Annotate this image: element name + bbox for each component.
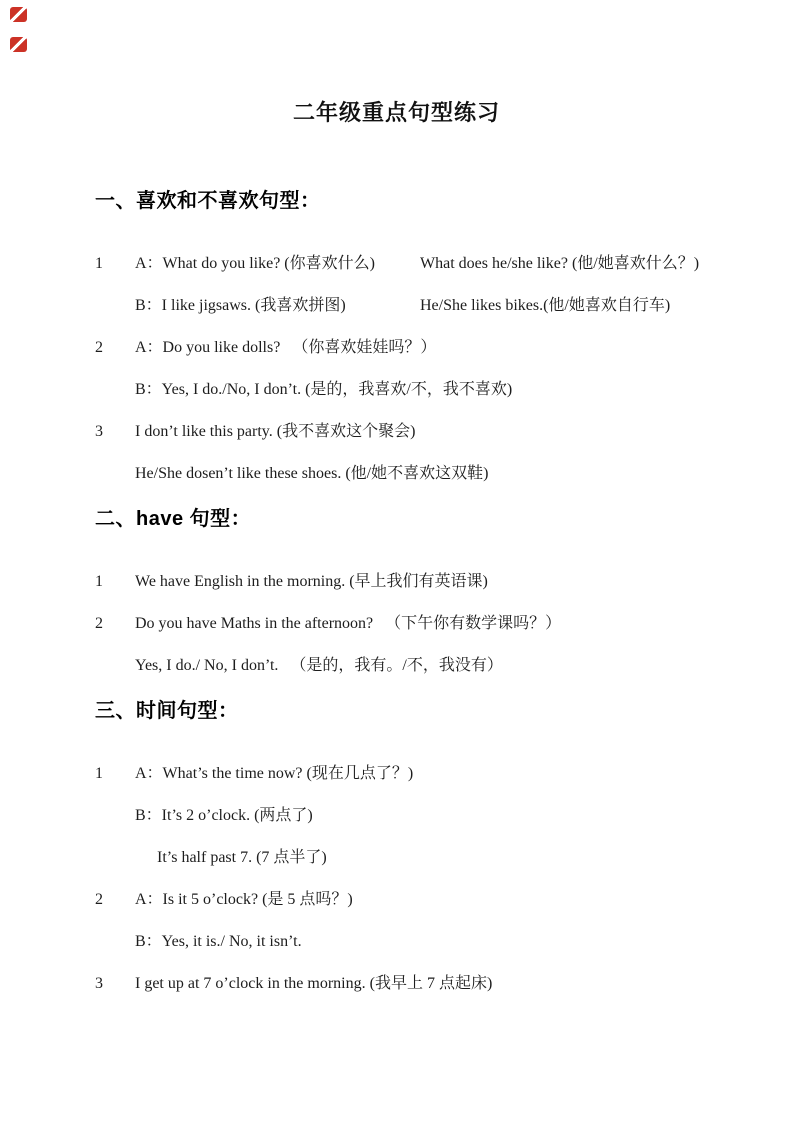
line-text-a: Do you have Maths in the afternoon? （下午你… [135, 614, 561, 634]
line-text-a: A：What’s the time now? (现在几点了？) [135, 764, 413, 784]
sentence-line: 1We have English in the morning. (早上我们有英… [95, 572, 793, 592]
sentence-line: 2A：Is it 5 o’clock? (是 5 点吗？) [95, 890, 793, 910]
doc-title: 二年级重点句型练习 [0, 0, 793, 128]
sentence-line: B：It’s 2 o’clock. (两点了) [95, 806, 793, 826]
line-number: 3 [95, 974, 135, 994]
section-heading: 二、have 句型： [95, 506, 793, 532]
line-text-a: B：Yes, it is./ No, it isn’t. [135, 932, 302, 952]
sentence-line: B：Yes, I do./No, I don’t. (是的，我喜欢/不，我不喜欢… [95, 380, 793, 400]
line-number: 1 [95, 572, 135, 592]
red-stamp-icon [10, 37, 27, 52]
line-text-a: A：What do you like? (你喜欢什么) [135, 254, 420, 274]
line-text-b: What does he/she like? (他/她喜欢什么？) [420, 254, 699, 274]
line-text-a: We have English in the morning. (早上我们有英语… [135, 572, 488, 592]
line-number: 3 [95, 422, 135, 442]
document-page: 二年级重点句型练习 一、喜欢和不喜欢句型：1A：What do you like… [0, 0, 793, 1122]
line-number: 2 [95, 614, 135, 634]
line-number: 2 [95, 890, 135, 910]
line-text-a: B：I like jigsaws. (我喜欢拼图) [135, 296, 420, 316]
line-text-a: A：Do you like dolls? （你喜欢娃娃吗？） [135, 338, 436, 358]
sentence-line: 1A：What’s the time now? (现在几点了？) [95, 764, 793, 784]
line-text-a: I get up at 7 o’clock in the morning. (我… [135, 974, 492, 994]
sentence-line: B：I like jigsaws. (我喜欢拼图)He/She likes bi… [95, 296, 793, 316]
document-body: 一、喜欢和不喜欢句型：1A：What do you like? (你喜欢什么)W… [0, 188, 793, 994]
sentence-line: 2Do you have Maths in the afternoon? （下午… [95, 614, 793, 634]
line-text-a: B：Yes, I do./No, I don’t. (是的，我喜欢/不，我不喜欢… [135, 380, 512, 400]
line-text-a: It’s half past 7. (7 点半了) [135, 848, 327, 868]
sentence-line: He/She dosen’t like these shoes. (他/她不喜欢… [95, 464, 793, 484]
line-text-b: He/She likes bikes.(他/她喜欢自行车) [420, 296, 670, 316]
sentence-line: 3I don’t like this party. (我不喜欢这个聚会) [95, 422, 793, 442]
sentence-line: B：Yes, it is./ No, it isn’t. [95, 932, 793, 952]
sentence-line: 3I get up at 7 o’clock in the morning. (… [95, 974, 793, 994]
sentence-line: It’s half past 7. (7 点半了) [95, 848, 793, 868]
red-stamp-icon [10, 7, 27, 22]
line-text-a: Yes, I do./ No, I don’t. （是的，我有。/不，我没有） [135, 656, 503, 676]
sentence-line: Yes, I do./ No, I don’t. （是的，我有。/不，我没有） [95, 656, 793, 676]
section-heading: 三、时间句型： [95, 698, 793, 724]
line-number: 1 [95, 254, 135, 274]
sentence-line: 2A：Do you like dolls? （你喜欢娃娃吗？） [95, 338, 793, 358]
section-heading: 一、喜欢和不喜欢句型： [95, 188, 793, 214]
line-number: 1 [95, 764, 135, 784]
line-text-a: I don’t like this party. (我不喜欢这个聚会) [135, 422, 415, 442]
sentence-line: 1A：What do you like? (你喜欢什么)What does he… [95, 254, 793, 274]
line-text-a: B：It’s 2 o’clock. (两点了) [135, 806, 313, 826]
line-text-a: A：Is it 5 o’clock? (是 5 点吗？) [135, 890, 353, 910]
line-text-a: He/She dosen’t like these shoes. (他/她不喜欢… [135, 464, 488, 484]
line-number: 2 [95, 338, 135, 358]
